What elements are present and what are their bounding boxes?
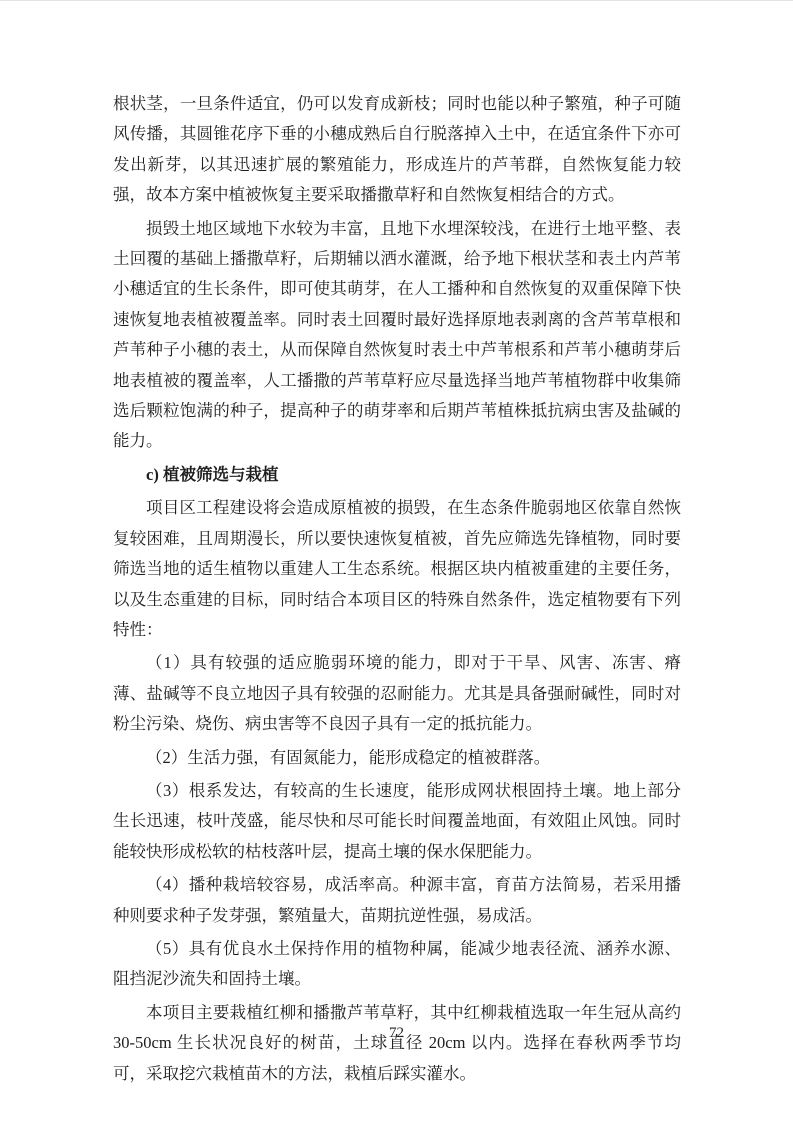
list-item-1-stress-tolerance: （1）具有较强的适应脆弱环境的能力，即对于干旱、风害、冻害、瘠薄、盐碱等不良立地… [113, 648, 681, 739]
list-item-2-vitality: （2）生活力强，有固氮能力，能形成稳定的植被群落。 [113, 743, 681, 773]
paragraph-planting-method: 本项目主要栽植红柳和播撒芦苇草籽，其中红柳栽植选取一年生冠从高约 30-50cm… [113, 998, 681, 1089]
page-body: 根状茎，一旦条件适宜，仍可以发育成新枝；同时也能以种子繁殖，种子可随风传播，其圆… [113, 89, 681, 1092]
paragraph-reed-propagation: 根状茎，一旦条件适宜，仍可以发育成新枝；同时也能以种子繁殖，种子可随风传播，其圆… [113, 89, 681, 211]
document-page: 根状茎，一旦条件适宜，仍可以发育成新枝；同时也能以种子繁殖，种子可随风传播，其圆… [0, 0, 793, 1122]
page-number: 72 [0, 1023, 793, 1043]
list-item-5-soil-conservation: （5）具有优良水土保持作用的植物种属，能减少地表径流、涵养水源、阻挡泥沙流失和固… [113, 934, 681, 995]
list-item-3-root-system: （3）根系发达，有较高的生长速度，能形成网状根固持土壤。地上部分生长迅速，枝叶茂… [113, 776, 681, 867]
paragraph-plant-selection-intro: 项目区工程建设将会造成原植被的损毁，在生态条件脆弱地区依靠自然恢复较困难，且周期… [113, 493, 681, 645]
section-heading-vegetation-selection: c) 植被筛选与栽植 [113, 460, 681, 490]
paragraph-groundwater-reseeding: 损毁土地区域地下水较为丰富，且地下水埋深较浅，在进行土地平整、表土回覆的基础上播… [113, 214, 681, 457]
list-item-4-cultivation-ease: （4）播种栽培较容易，成活率高。种源丰富，育苗方法简易，若采用播种则要求种子发芽… [113, 870, 681, 931]
